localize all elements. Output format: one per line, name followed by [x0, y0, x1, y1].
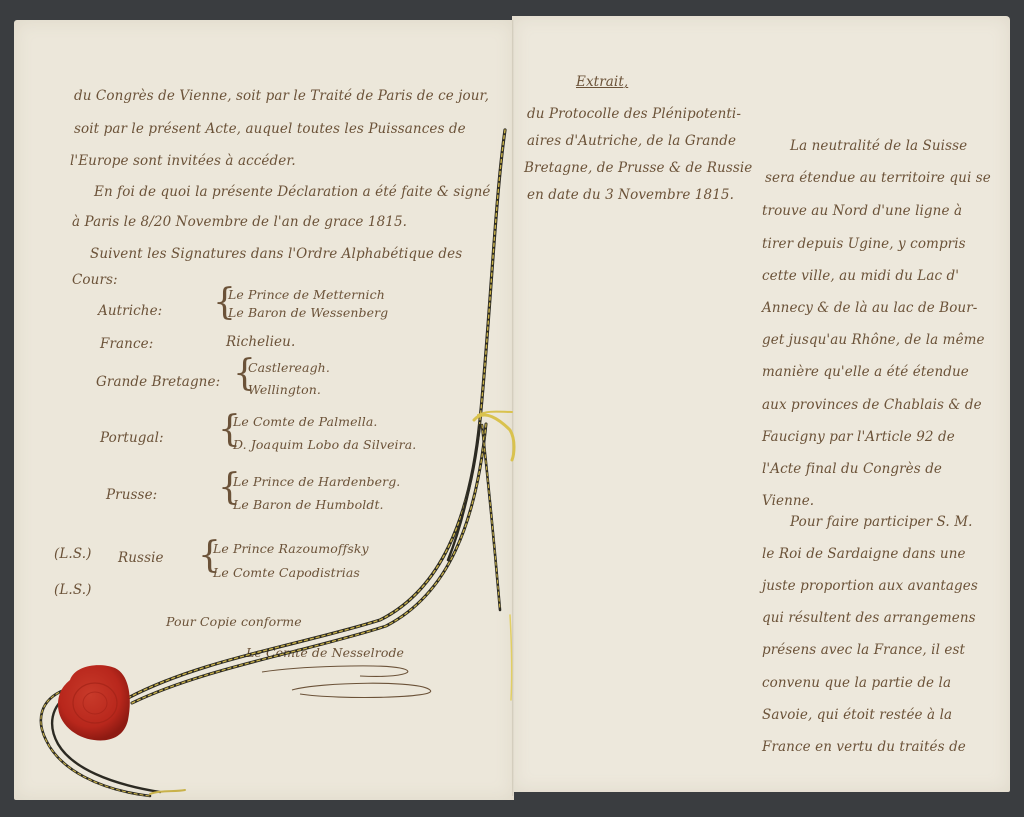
court-label-france: France:	[100, 336, 153, 352]
text-line: à Paris le 8/20 Novembre de l'an de grac…	[72, 214, 407, 230]
signatory-name: Le Comte de Palmella.	[233, 414, 377, 429]
court-label-austria: Autriche:	[98, 303, 162, 319]
text-line: Cours:	[72, 272, 118, 288]
signatory-name: Le Comte Capodistrias	[213, 565, 360, 580]
body-line: le Roi de Sardaigne dans une	[762, 546, 966, 562]
left-page	[14, 20, 514, 800]
certifier-signature: Le Comte de Nesselrode	[246, 645, 404, 660]
body-line: Faucigny par l'Article 92 de	[762, 429, 955, 445]
extract-heading: Extrait,	[576, 74, 628, 90]
signatory-name: Castlereagh.	[248, 360, 330, 375]
body-line: Vienne.	[762, 493, 814, 509]
protocol-line: du Protocolle des Plénipotenti-	[527, 106, 741, 122]
body-line: Savoie, qui étoit restée à la	[762, 707, 952, 723]
signatory-name: Le Prince de Metternich	[228, 287, 385, 302]
body-line: aux provinces de Chablais & de	[762, 397, 982, 413]
signatory-name: Richelieu.	[226, 334, 295, 350]
body-line: get jusqu'au Rhône, de la même	[762, 332, 985, 348]
body-line: Annecy & de là au lac de Bour-	[762, 300, 977, 316]
signatory-name: Le Prince de Hardenberg.	[233, 474, 400, 489]
body-line: trouve au Nord d'une ligne à	[762, 203, 962, 219]
protocol-line: en date du 3 Novembre 1815.	[527, 187, 734, 203]
body-line: Pour faire participer S. M.	[790, 514, 973, 530]
body-line: France en vertu du traités de	[762, 739, 966, 755]
body-line: sera étendue au territoire qui se	[765, 170, 991, 186]
body-line: convenu que la partie de la	[762, 675, 951, 691]
signatory-name: Wellington.	[248, 382, 321, 397]
text-line: soit par le présent Acte, auquel toutes …	[74, 121, 466, 137]
text-line: du Congrès de Vienne, soit par le Traité…	[74, 88, 489, 104]
seal-mark: (L.S.)	[54, 582, 91, 598]
signatory-name: Le Baron de Humboldt.	[233, 497, 384, 512]
body-line: présens avec la France, il est	[762, 642, 965, 658]
seal-mark: (L.S.)	[54, 546, 91, 562]
court-label-russia: Russie	[118, 550, 164, 566]
body-line: qui résultent des arrangemens	[762, 610, 976, 626]
court-label-portugal: Portugal:	[100, 430, 164, 446]
text-line: En foi de quoi la présente Déclaration a…	[94, 184, 491, 200]
body-line: manière qu'elle a été étendue	[762, 364, 969, 380]
signatory-name: Le Baron de Wessenberg	[228, 305, 388, 320]
signatory-name: D. Joaquim Lobo da Silveira.	[233, 437, 416, 452]
body-line: tirer depuis Ugine, y compris	[762, 236, 966, 252]
text-line: Suivent les Signatures dans l'Ordre Alph…	[90, 246, 462, 262]
certification-text: Pour Copie conforme	[166, 614, 302, 629]
body-line: La neutralité de la Suisse	[790, 138, 967, 154]
binding-fold	[512, 20, 514, 796]
protocol-line: Bretagne, de Prusse & de Russie	[524, 160, 752, 176]
body-line: l'Acte final du Congrès de	[762, 461, 942, 477]
signatory-name: Le Prince Razoumoffsky	[213, 541, 369, 556]
body-line: cette ville, au midi du Lac d'	[762, 268, 959, 284]
text-line: l'Europe sont invitées à accéder.	[70, 153, 296, 169]
body-line: juste proportion aux avantages	[762, 578, 978, 594]
court-label-prussia: Prusse:	[106, 487, 157, 503]
protocol-line: aires d'Autriche, de la Grande	[527, 133, 736, 149]
court-label-great-britain: Grande Bretagne:	[96, 374, 220, 390]
